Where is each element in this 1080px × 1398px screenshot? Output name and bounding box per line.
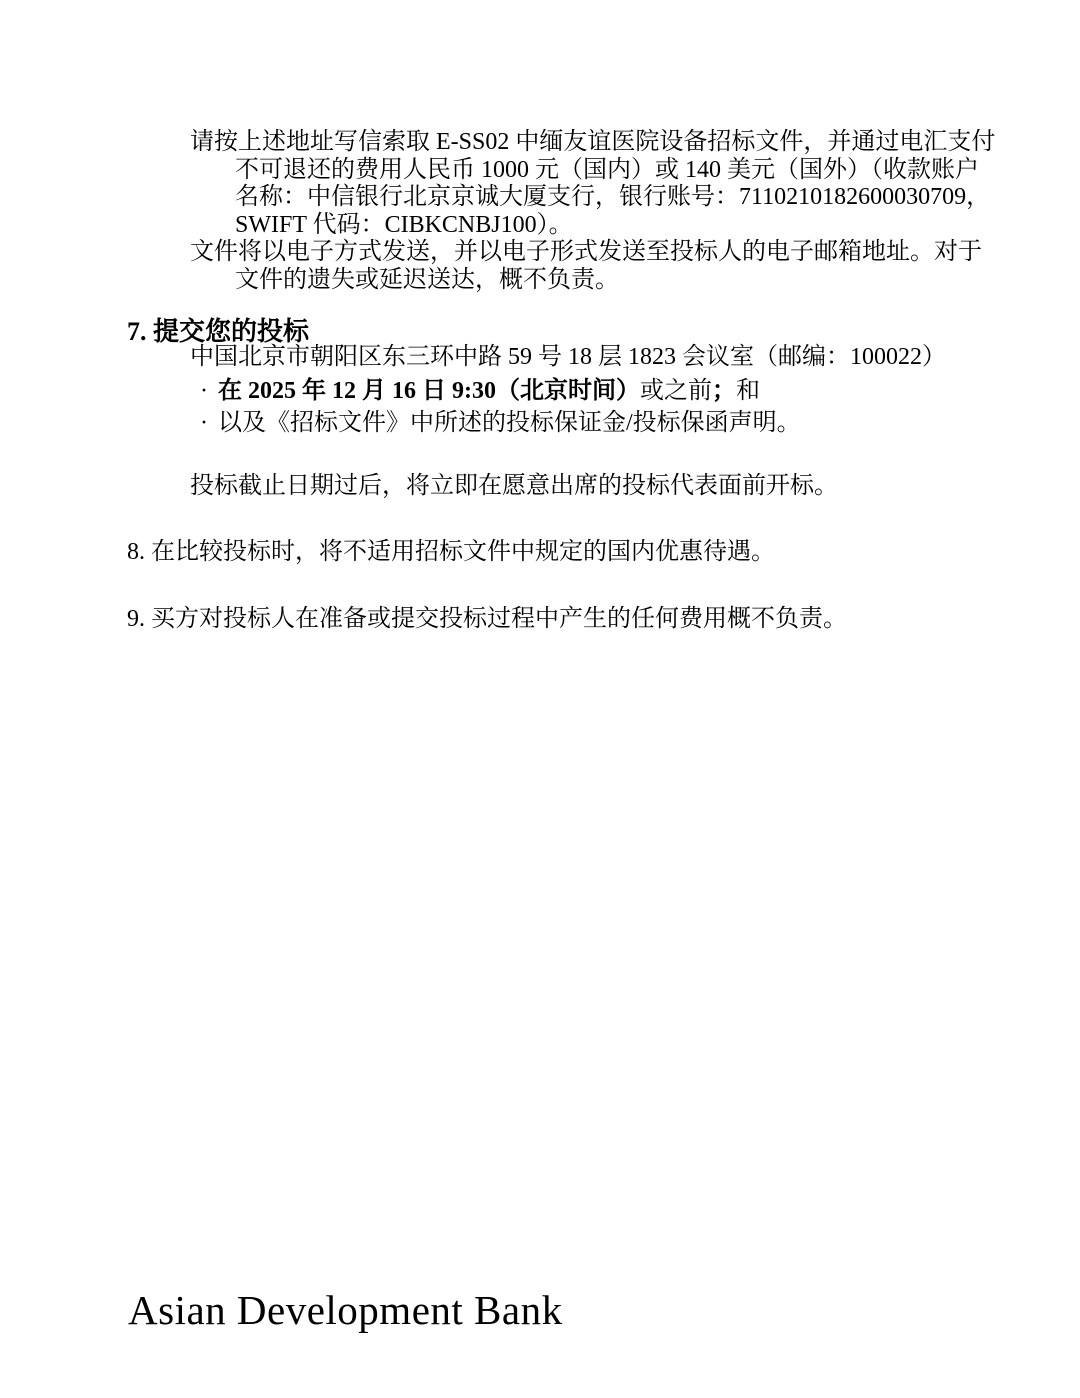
deadline-regular: 或之前 [640,378,712,404]
deadline-date-bold: 在 2025 年 12 月 16 日 9:30（北京时间） [218,378,640,404]
paragraph-bid-opening: 投标截止日期过后，将立即在愿意出席的投标代表面前开标。 [190,473,838,501]
text-line: 请按上述地址写信索取 E-SS02 中缅友谊医院设备招标文件，并通过电汇支付 [190,129,995,157]
bullet-bid-security-text: 以及《招标文件》中所述的投标保证金/投标保函声明。 [218,410,801,438]
bullet-bid-security: · 以及《招标文件》中所述的投标保证金/投标保函声明。 [200,410,801,438]
bullet-deadline: · 在 2025 年 12 月 16 日 9:30（北京时间）或之前；和 [200,378,760,406]
section-7-heading: 7. 提交您的投标 [127,311,309,348]
text-line: 不可退还的费用人民币 1000 元（国内）或 140 美元（国外）（收款账户 [235,157,995,185]
item-9-costs-disclaimer: 9. 买方对投标人在准备或提交投标过程中产生的任何费用概不负责。 [127,606,847,634]
deadline-separator-bold: ； [712,378,736,404]
text-line: 文件将以电子方式发送，并以电子形式发送至投标人的电子邮箱地址。对于 [190,239,995,267]
document-page: 请按上述地址写信索取 E-SS02 中缅友谊医院设备招标文件，并通过电汇支付 不… [0,0,1080,1398]
bullet-marker: · [200,378,218,406]
deadline-tail: 和 [736,378,760,404]
adb-logo-wordmark: Asian Development Bank [128,1286,563,1334]
bullet-deadline-text: 在 2025 年 12 月 16 日 9:30（北京时间）或之前；和 [218,378,760,406]
paragraph-document-request: 请按上述地址写信索取 E-SS02 中缅友谊医院设备招标文件，并通过电汇支付 不… [190,129,995,295]
text-line: 文件的遗失或延迟送达，概不负责。 [235,267,995,295]
text-line: 名称：中信银行北京京诚大厦支行，银行账号：7110210182600030709… [235,184,995,212]
submission-address: 中国北京市朝阳区东三环中路 59 号 18 层 1823 会议室（邮编：1000… [190,344,946,372]
item-8-domestic-preference: 8. 在比较投标时，将不适用招标文件中规定的国内优惠待遇。 [127,539,775,567]
bullet-marker: · [200,410,218,438]
text-line: SWIFT 代码：CIBKCNBJ100）。 [235,212,995,240]
